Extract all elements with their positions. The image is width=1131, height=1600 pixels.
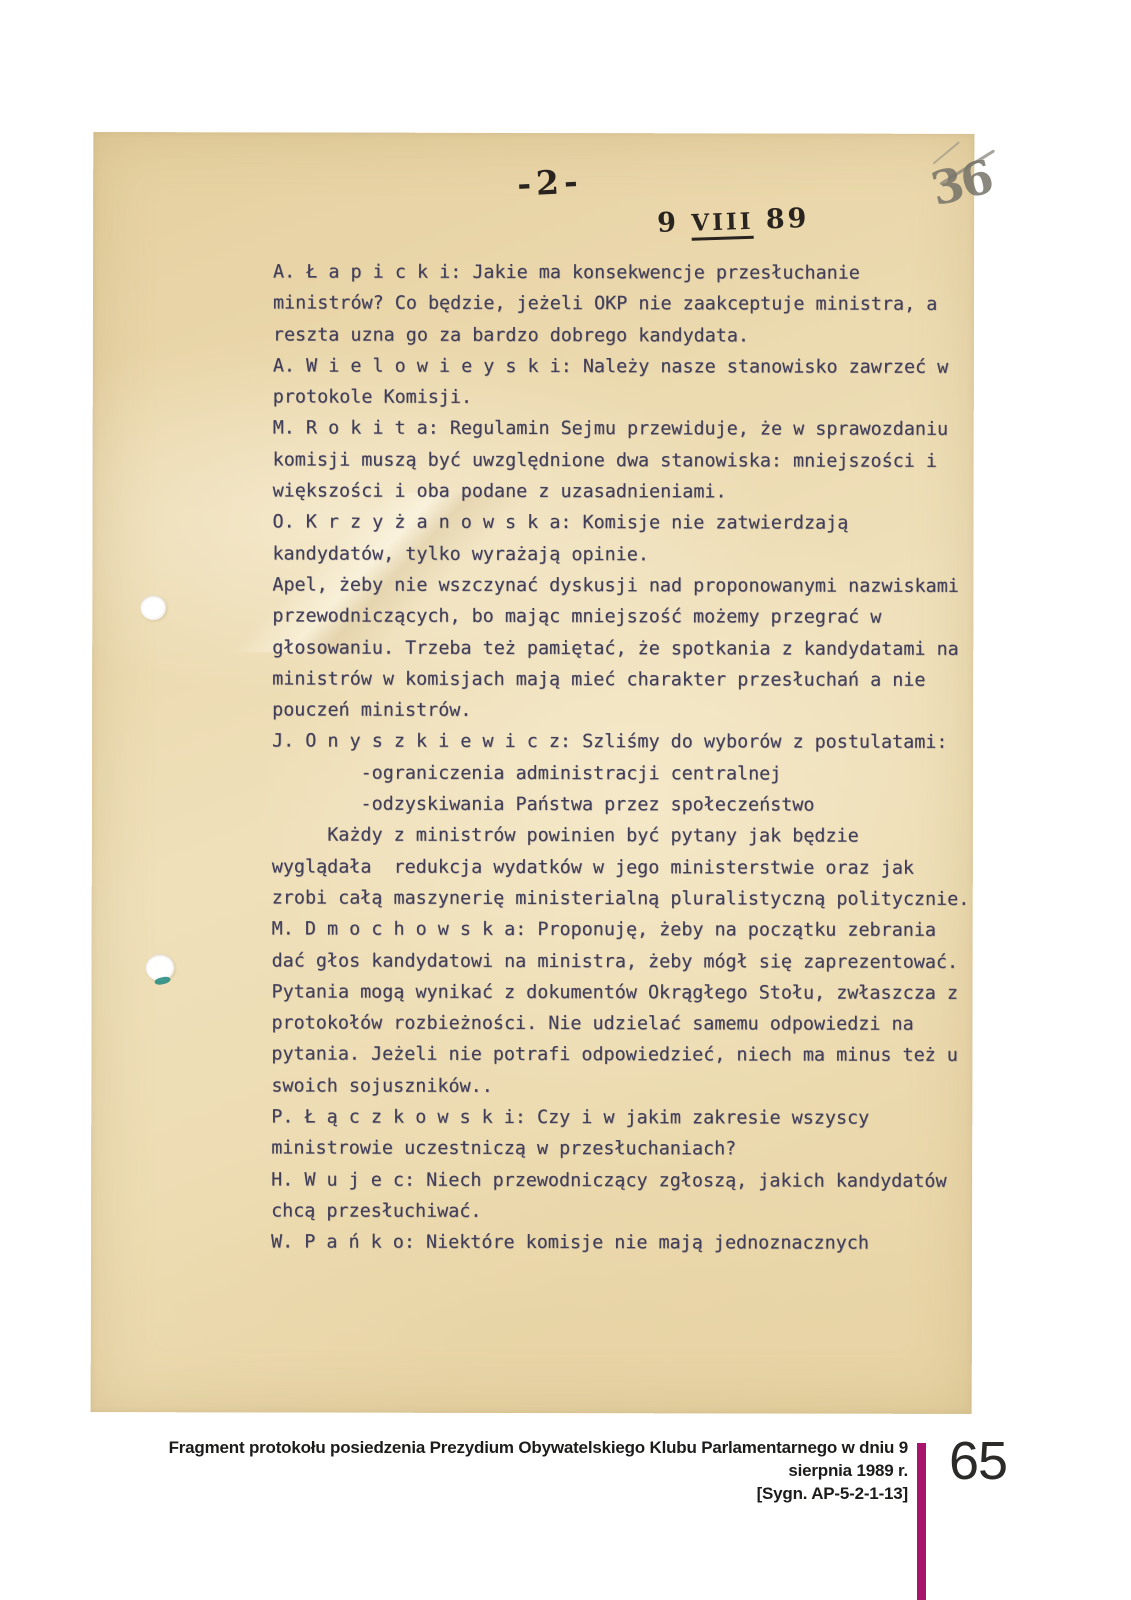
typed-line: przewodniczących, bo mając mniejszość mo… <box>272 601 967 634</box>
scanned-document-sheet: -2- 9 VIII 89 36 A. Ł a p i c k i: Jakie… <box>91 132 975 1414</box>
typed-line: -ograniczenia administracji centralnej <box>272 757 967 790</box>
typed-line: ministrów w komisjach mają mieć charakte… <box>272 663 967 696</box>
typed-line: ministrów? Co będzie, jeżeli OKP nie zaa… <box>273 288 968 321</box>
book-page: -2- 9 VIII 89 36 A. Ł a p i c k i: Jakie… <box>0 0 1131 1600</box>
typed-line: pouczeń ministrów. <box>272 695 967 728</box>
typed-line: Pytania mogą wynikać z dokumentów Okrągł… <box>272 976 967 1009</box>
typed-line: wyglądała redukcja wydatków w jego minis… <box>272 851 967 884</box>
caption-line-2: [Sygn. AP-5-2-1-13] <box>148 1482 908 1505</box>
typed-line: -odzyskiwania Państwa przez społeczeństw… <box>272 789 967 822</box>
typed-line: Każdy z ministrów powinien być pytany ja… <box>272 820 967 853</box>
typewritten-text: A. Ł a p i c k i: Jakie ma konsekwencje … <box>271 256 968 1259</box>
typed-line: głosowaniu. Trzeba też pamiętać, że spot… <box>272 632 967 665</box>
hole-punch-top <box>140 595 166 620</box>
typed-line: dać głos kandydatowi na ministra, żeby m… <box>272 945 967 978</box>
handwritten-date-year: 89 <box>765 203 810 235</box>
typed-line: P. Ł ą c z k o w s k i: Czy i w jakim za… <box>271 1101 966 1134</box>
typed-line: większości i oba podane z uzasadnieniami… <box>273 476 968 509</box>
handwritten-page-label: -2- <box>516 161 583 203</box>
typed-line: O. K r z y ż a n o w s k a: Komisje nie … <box>272 507 967 540</box>
caption: Fragment protokołu posiedzenia Prezydium… <box>148 1436 908 1505</box>
typed-line: A. W i e l o w i e y s k i: Należy nasze… <box>273 350 968 383</box>
typed-line: J. O n y s z k i e w i c z: Szliśmy do w… <box>272 726 967 759</box>
folio-page-number: 65 <box>949 1430 1007 1492</box>
handwritten-date: 9 VIII 89 <box>657 203 810 239</box>
caption-line-1: Fragment protokołu posiedzenia Prezydium… <box>148 1436 908 1482</box>
typed-line: pytania. Jeżeli nie potrafi odpowiedzieć… <box>271 1039 966 1072</box>
typed-line: chcą przesłuchiwać. <box>271 1195 966 1228</box>
typed-line: Apel, żeby nie wszczynać dyskusji nad pr… <box>272 569 967 602</box>
typed-line: M. D m o c h o w s k a: Proponuję, żeby … <box>272 914 967 947</box>
hole-punch-bottom <box>146 954 175 981</box>
typed-line: kandydatów, tylko wyrażają opinie. <box>272 538 967 571</box>
typed-line: H. W u j e c: Niech przewodniczący zgłos… <box>271 1164 966 1197</box>
typed-line: zrobi całą maszynerię ministerialną plur… <box>272 882 967 915</box>
typed-line: A. Ł a p i c k i: Jakie ma konsekwencje … <box>273 256 968 289</box>
typed-line: protokołów rozbieżności. Nie udzielać sa… <box>271 1008 966 1041</box>
handwritten-date-day: 9 <box>657 207 680 239</box>
typed-line: komisji muszą być uwzględnione dwa stano… <box>273 444 968 477</box>
handwritten-date-month: VIII <box>691 208 754 241</box>
typed-line: protokole Komisji. <box>273 382 968 415</box>
accent-bar <box>917 1443 926 1600</box>
typed-line: W. P a ń k o: Niektóre komisje nie mają … <box>271 1227 966 1260</box>
typed-line: M. R o k i t a: Regulamin Sejmu przewidu… <box>273 413 968 446</box>
typed-line: reszta uzna go za bardzo dobrego kandyda… <box>273 319 968 352</box>
typed-line: ministrowie uczestniczą w przesłuchaniac… <box>271 1133 966 1166</box>
typed-line: swoich sojuszników.. <box>271 1070 966 1103</box>
